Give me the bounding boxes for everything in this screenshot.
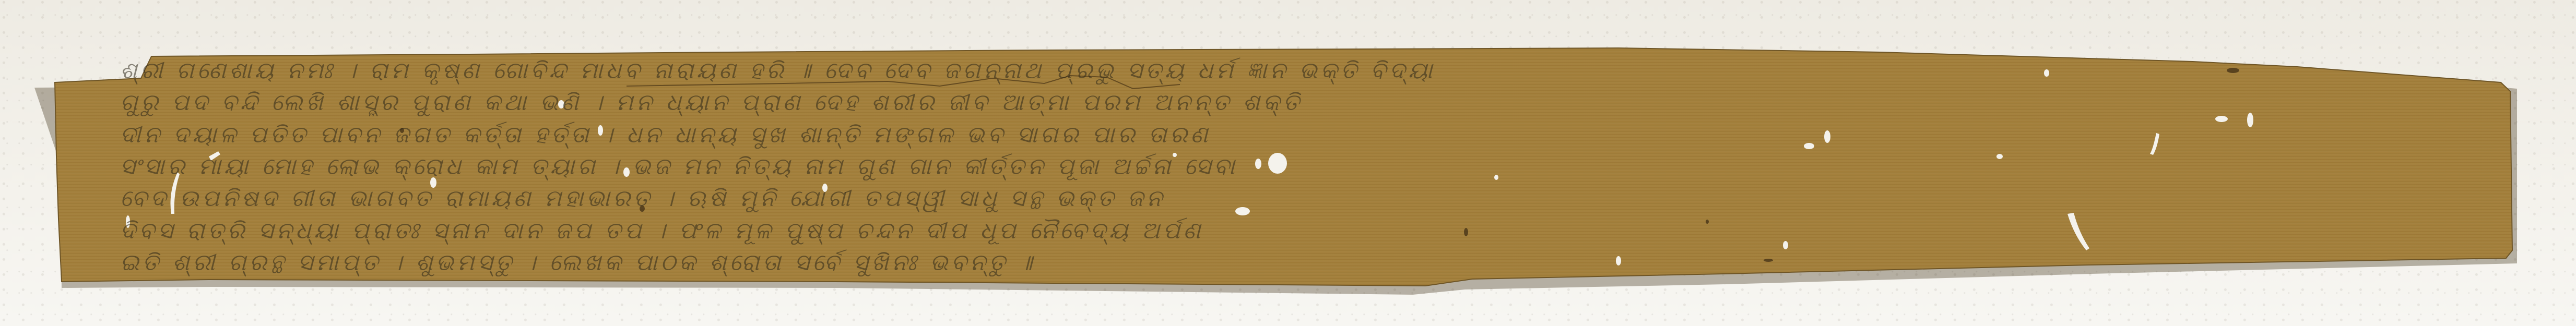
manuscript-line-5: ବେଦ ଉପନିଷଦ ଗୀତା ଭାଗବତ ରାମାୟଣ ମହାଭାରତ । ଋ…: [120, 185, 2469, 212]
manuscript-text-block: ଶ୍ରୀ ଗଣେଶାୟ ନମଃ । ରାମ କୃଷ୍ଣ ଗୋବିନ୍ଦ ମାଧବ…: [120, 57, 2469, 276]
manuscript-line-6: ଦିବସ ରାତ୍ରି ସନ୍ଧ୍ୟା ପ୍ରାତଃ ସ୍ନାନ ଦାନ ଜପ …: [120, 218, 2469, 245]
manuscript-line-7: ଇତି ଶ୍ରୀ ଗ୍ରନ୍ଥ ସମାପ୍ତ । ଶୁଭମସ୍ତୁ । ଲେଖକ…: [120, 249, 2469, 276]
manuscript-line-1: ଶ୍ରୀ ଗଣେଶାୟ ନମଃ । ରାମ କୃଷ୍ଣ ଗୋବିନ୍ଦ ମାଧବ…: [120, 57, 2469, 84]
manuscript-line-4: ସଂସାର ମାୟା ମୋହ ଲୋଭ କ୍ରୋଧ କାମ ତ୍ୟାଗ । ଭଜ …: [120, 153, 2469, 180]
manuscript-line-2: ଗୁରୁ ପଦ ବନ୍ଦି ଲେଖି ଶାସ୍ତ୍ର ପୁରାଣ କଥା ଭଣି…: [120, 89, 2469, 116]
manuscript-line-3: ଦୀନ ଦୟାଳ ପତିତ ପାବନ ଜଗତ କର୍ତ୍ତା ହର୍ତ୍ତା ।…: [120, 122, 2469, 149]
palm-leaf-manuscript: ଶ୍ରୀ ଗଣେଶାୟ ନମଃ । ରାମ କୃଷ୍ଣ ଗୋବିନ୍ଦ ମାଧବ…: [0, 0, 2576, 326]
